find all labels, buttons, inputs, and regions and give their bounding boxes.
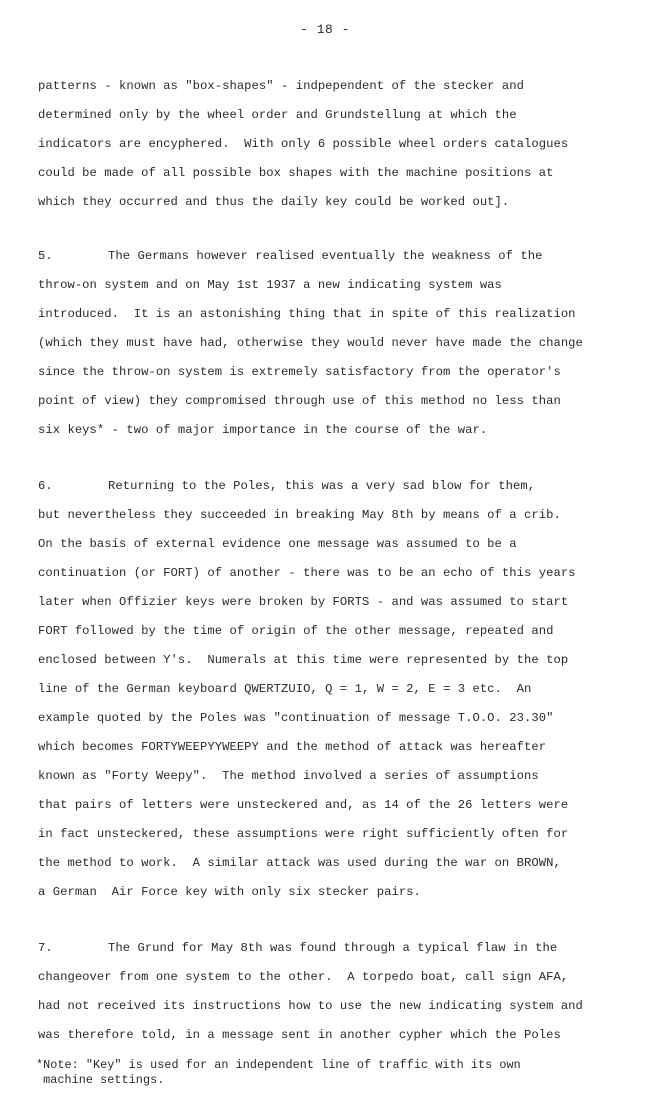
text-line: that pairs of letters were unsteckered a…: [38, 797, 568, 813]
text-line: point of view) they compromised through …: [38, 393, 561, 409]
text-line: determined only by the wheel order and G…: [38, 107, 517, 123]
text-line: indicators are encyphered. With only 6 p…: [38, 136, 568, 152]
text-line: changeover from one system to the other.…: [38, 969, 568, 985]
text-line: The Germans however realised eventually …: [108, 248, 542, 264]
text-line: example quoted by the Poles was "continu…: [38, 710, 553, 726]
text-line: in fact unsteckered, these assumptions w…: [38, 826, 568, 842]
text-line: the method to work. A similar attack was…: [38, 855, 561, 871]
text-line: a German Air Force key with only six ste…: [38, 884, 421, 900]
text-line: line of the German keyboard QWERTZUIO, Q…: [38, 681, 531, 697]
paragraph-number: 7.: [38, 940, 53, 956]
text-line: six keys* - two of major importance in t…: [38, 422, 487, 438]
text-line: was therefore told, in a message sent in…: [38, 1027, 561, 1043]
text-line: continuation (or FORT) of another - ther…: [38, 565, 576, 581]
text-line: which becomes FORTYWEEPYYWEEPY and the m…: [38, 739, 546, 755]
text-line: enclosed between Y's. Numerals at this t…: [38, 652, 568, 668]
text-line: throw-on system and on May 1st 1937 a ne…: [38, 277, 502, 293]
text-line: but nevertheless they succeeded in break…: [38, 507, 561, 523]
text-line: later when Offizier keys were broken by …: [38, 594, 568, 610]
text-line: patterns - known as "box-shapes" - indpe…: [38, 78, 524, 94]
text-line: Returning to the Poles, this was a very …: [108, 478, 535, 494]
footnote-line: *Note: "Key" is used for an independent …: [36, 1058, 521, 1072]
document-page: - 18 - patterns - known as "box-shapes" …: [0, 0, 650, 1116]
text-line: On the basis of external evidence one me…: [38, 536, 517, 552]
text-line: (which they must have had, otherwise the…: [38, 335, 583, 351]
text-line: introduced. It is an astonishing thing t…: [38, 306, 576, 322]
text-line: known as "Forty Weepy". The method invol…: [38, 768, 539, 784]
paragraph-number: 6.: [38, 478, 53, 494]
paragraph-number: 5.: [38, 248, 53, 264]
text-line: which they occurred and thus the daily k…: [38, 194, 509, 210]
text-line: The Grund for May 8th was found through …: [108, 940, 557, 956]
text-line: since the throw-on system is extremely s…: [38, 364, 561, 380]
text-line: FORT followed by the time of origin of t…: [38, 623, 553, 639]
footnote-line: machine settings.: [36, 1073, 164, 1087]
text-line: had not received its instructions how to…: [38, 998, 583, 1014]
text-line: could be made of all possible box shapes…: [38, 165, 553, 181]
page-number: - 18 -: [0, 22, 650, 37]
